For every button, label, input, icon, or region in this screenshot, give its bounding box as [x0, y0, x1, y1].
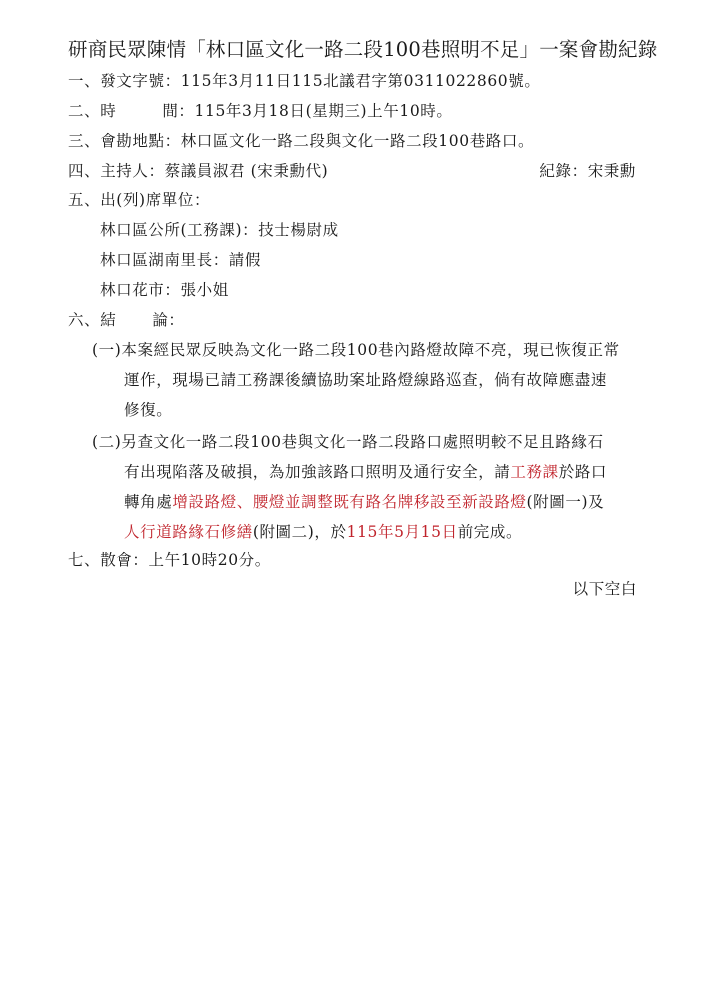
location-value: 林口區文化一路二段與文化一路二段100巷路口。: [181, 132, 534, 150]
adjourn-line: 七、散會：上午10時20分。: [68, 549, 271, 571]
text-segment: 有出現陷落及破損，為加強該路口照明及通行安全，請: [124, 463, 510, 481]
location-label: 三、會勘地點：: [68, 132, 181, 150]
conclusion-point-1-line-3: 修復。: [124, 399, 172, 421]
conclusion-point-2-line-1: (二)另查文化一路二段100巷與文化一路二段路口處照明較不足且路緣石: [92, 431, 604, 453]
conclusion-point-2-line-2: 有出現陷落及破損，為加強該路口照明及通行安全，請工務課於路口: [124, 461, 607, 483]
conclusion-label-a: 六、結: [68, 311, 116, 329]
attendees-heading: 五、出(列)席單位：: [68, 189, 210, 211]
highlight-responsible-unit: 工務課: [510, 463, 558, 481]
text-segment: (附圖一)及: [527, 493, 605, 511]
conclusion-point-2-line-3: 轉角處增設路燈、腰燈並調整既有路名牌移設至新設路燈(附圖一)及: [124, 491, 604, 513]
text-segment: 於路口: [559, 463, 607, 481]
end-note: 以下空白: [573, 578, 637, 600]
host-label: 四、主持人：: [68, 162, 165, 180]
location-line: 三、會勘地點：林口區文化一路二段與文化一路二段100巷路口。: [68, 130, 534, 152]
text-segment: 前完成。: [458, 523, 522, 541]
time-line: 二、時間：115年3月18日(星期三)上午10時。: [68, 100, 453, 122]
adjourn-value: 上午10時20分。: [149, 551, 271, 569]
conclusion-point-2-line-4: 人行道路緣石修繕(附圖二)，於115年5月15日前完成。: [124, 521, 522, 543]
time-label-a: 二、時: [68, 102, 116, 120]
doc-number-line: 一、發文字號：115年3月11日115北議君字第0311022860號。: [68, 70, 540, 92]
text-segment: 轉角處: [124, 493, 172, 511]
doc-number-label: 一、發文字號：: [68, 72, 181, 90]
text-segment: (附圖二)，於: [253, 523, 347, 541]
time-value: 115年3月18日(星期三)上午10時。: [195, 102, 453, 120]
attendee-item: 林口區湖南里長：請假: [100, 249, 261, 271]
highlight-action-lighting: 增設路燈、腰燈並調整既有路名牌移設至新設路燈: [172, 493, 526, 511]
adjourn-label: 七、散會：: [68, 551, 149, 569]
attendee-item: 林口花市：張小姐: [100, 279, 229, 301]
attendee-item: 林口區公所(工務課)：技士楊尉成: [100, 219, 339, 241]
highlight-action-curb: 人行道路緣石修繕: [124, 523, 253, 541]
conclusion-label-b: 論：: [152, 311, 184, 329]
highlight-deadline: 115年5月15日: [347, 523, 458, 541]
time-label-b: 間：: [162, 102, 194, 120]
conclusion-point-1-line-1: (一)本案經民眾反映為文化一路二段100巷內路燈故障不亮，現已恢復正常: [92, 339, 620, 361]
host-line: 四、主持人：蔡議員淑君 (宋秉勳代) 紀錄：宋秉勳: [68, 160, 636, 182]
conclusion-point-1-line-2: 運作，現場已請工務課後續協助案址路燈線路巡查，倘有故障應盡速: [124, 369, 607, 391]
conclusion-heading: 六、結論：: [68, 309, 185, 331]
host-value: 蔡議員淑君 (宋秉勳代): [165, 162, 329, 180]
recorder: 紀錄：宋秉勳: [539, 160, 636, 182]
doc-number-value: 115年3月11日115北議君字第0311022860號。: [181, 72, 541, 90]
document-page: 研商民眾陳情「林口區文化一路二段100巷照明不足」一案會勘紀錄 一、發文字號：1…: [0, 0, 707, 1000]
document-title: 研商民眾陳情「林口區文化一路二段100巷照明不足」一案會勘紀錄: [68, 36, 648, 64]
